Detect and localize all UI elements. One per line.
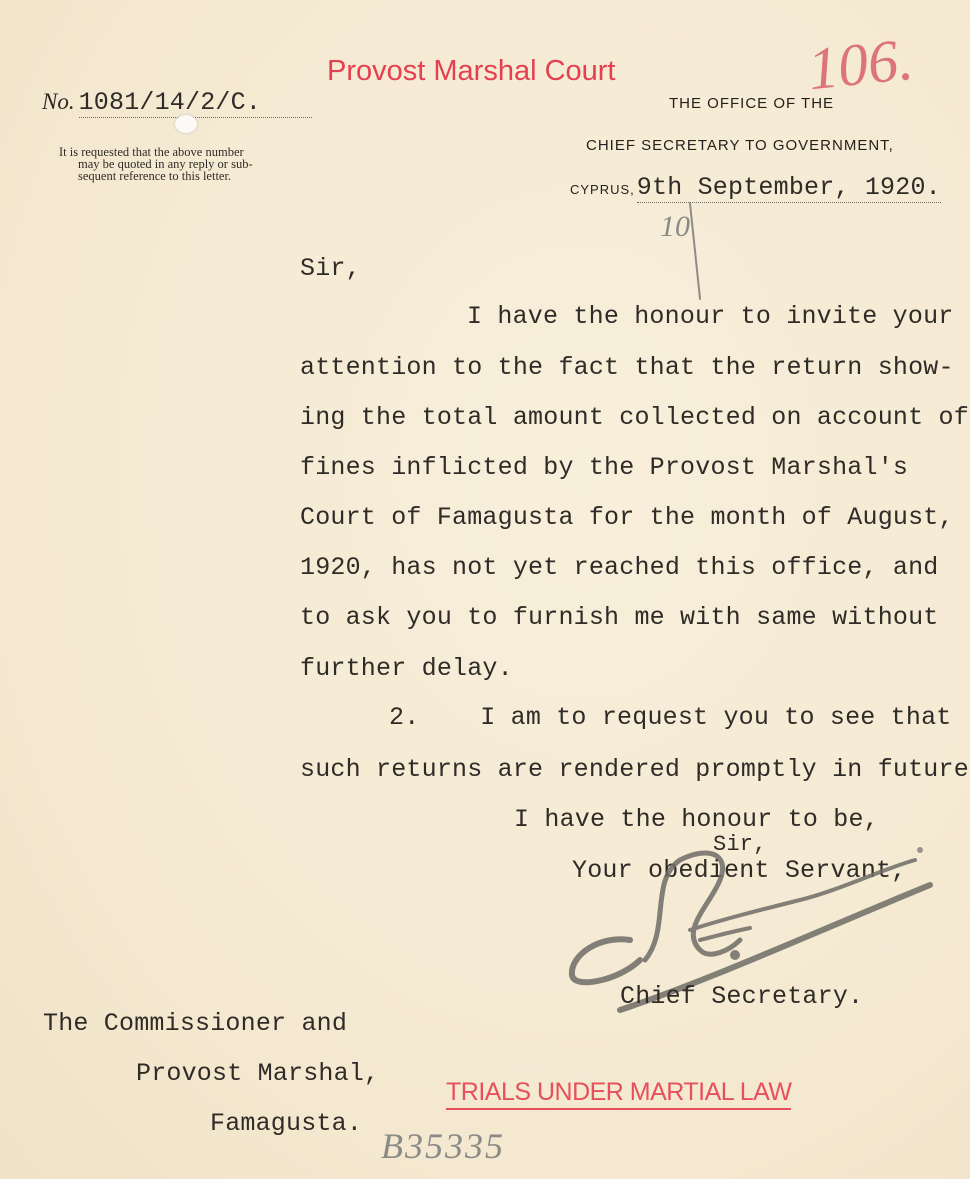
- body-line: further delay.: [300, 654, 513, 683]
- body-line: Court of Famagusta for the month of Augu…: [300, 503, 954, 532]
- body-line: fines inflicted by the Provost Marshal's: [300, 453, 908, 482]
- addressee-line-2: Provost Marshal,: [136, 1059, 379, 1088]
- addressee-line-1: The Commissioner and: [43, 1009, 347, 1038]
- signatory-title: Chief Secretary.: [620, 982, 863, 1011]
- letterhead-line-1: THE OFFICE OF THE: [669, 95, 834, 112]
- reference-prefix: No.: [42, 89, 75, 115]
- letterhead-place: CYPRUS,: [570, 182, 635, 197]
- body-line: I have the honour to invite your: [467, 302, 953, 331]
- letter-page: Provost Marshal Court 106. No. 1081/14/2…: [0, 0, 970, 1179]
- archive-number: B35335: [381, 1125, 505, 1167]
- pencil-stroke: [689, 202, 701, 300]
- date-line: CYPRUS, 9th September, 1920.: [570, 173, 941, 203]
- body-line: to ask you to furnish me with same witho…: [300, 603, 939, 632]
- body-line: attention to the fact that the return sh…: [300, 353, 954, 382]
- trials-under-martial-law-stamp: TRIALS UNDER MARTIAL LAW: [446, 1078, 791, 1110]
- letter-date: 9th September, 1920.: [637, 173, 941, 203]
- closing-line-1: I have the honour to be,: [514, 805, 879, 834]
- reference-note-line-3: sequent reference to this letter.: [78, 170, 231, 182]
- punch-hole: [175, 115, 197, 133]
- body-line: ing the total amount collected on accoun…: [300, 403, 969, 432]
- salutation: Sir,: [300, 254, 361, 283]
- letterhead-line-2: CHIEF SECRETARY TO GOVERNMENT,: [586, 137, 894, 154]
- body-line: such returns are rendered promptly in fu…: [300, 755, 969, 784]
- addressee-line-3: Famagusta.: [210, 1109, 362, 1138]
- folio-number: 106.: [805, 25, 917, 105]
- provost-marshal-court-stamp: Provost Marshal Court: [327, 55, 616, 88]
- reference-number: 1081/14/2/C.: [79, 88, 312, 118]
- body-line: 2. I am to request you to see that: [389, 703, 952, 732]
- reference-number-line: No. 1081/14/2/C.: [42, 88, 312, 118]
- pencil-mark: 10: [660, 210, 690, 244]
- body-line: 1920, has not yet reached this office, a…: [300, 553, 939, 582]
